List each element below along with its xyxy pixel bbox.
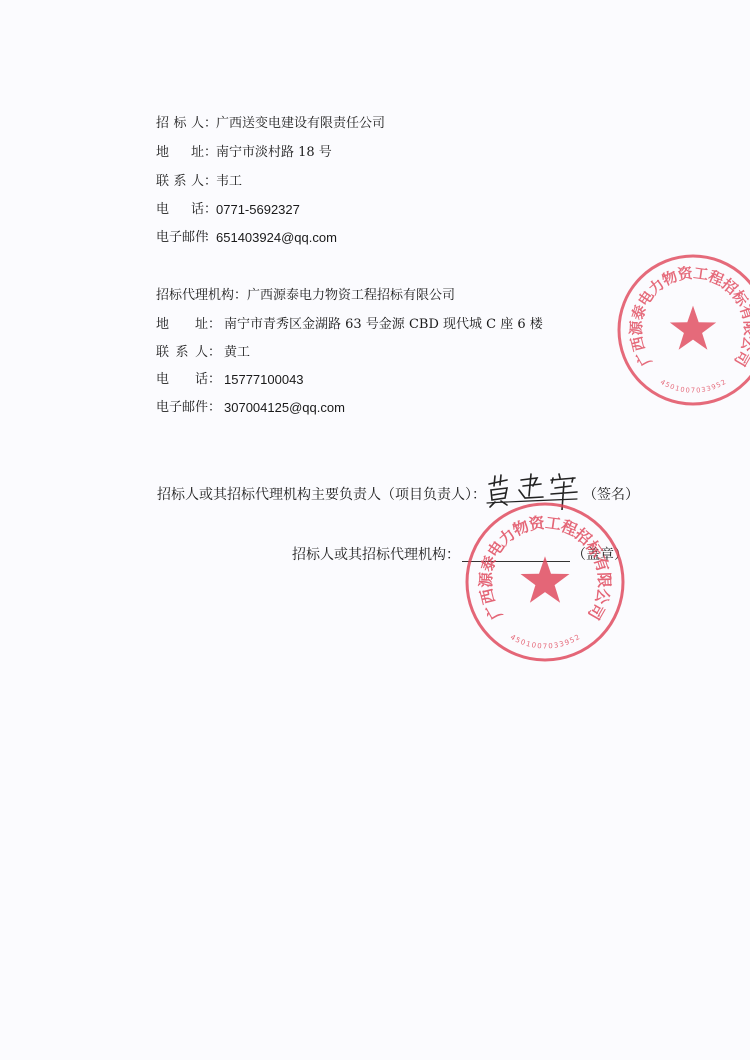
svg-text:公: 公 <box>737 334 750 353</box>
principal-label: 招标人或其招标代理机构主要负责人（项目负责人）： <box>157 487 486 503</box>
label-char: 址 <box>195 316 208 334</box>
label-char: 系 <box>173 173 186 191</box>
tenderer-phone: 0771-5692327 <box>216 201 300 219</box>
svg-text:工: 工 <box>692 265 709 284</box>
document-page: 招 标 人 ： 广西送变电建设有限责任公司 地 址 ： 南宁市淡村路 18 号 … <box>0 0 750 1060</box>
colon: ： <box>204 229 216 247</box>
svg-text:4: 4 <box>509 632 518 642</box>
svg-text:0: 0 <box>669 383 676 392</box>
svg-text:2: 2 <box>719 378 727 387</box>
svg-text:程: 程 <box>558 516 580 540</box>
svg-text:程: 程 <box>706 267 727 290</box>
agency-address-row: 地 址 ： 南宁市青秀区金湖路 63 号金源 CBD 现代城 C 座 6 楼 <box>156 316 543 334</box>
agency-contact: 黄工 <box>224 344 250 362</box>
label-char: 电子邮件 <box>156 399 208 417</box>
svg-text:限: 限 <box>740 320 750 336</box>
svg-text:广: 广 <box>632 347 655 369</box>
svg-text:5: 5 <box>568 635 576 645</box>
svg-text:广: 广 <box>481 600 505 623</box>
field-label: 电子邮件 <box>156 229 204 247</box>
svg-text:0: 0 <box>685 386 690 394</box>
tenderer-email: 651403924@qq.com <box>216 229 337 247</box>
label-char: 人 <box>191 115 204 133</box>
svg-text:0: 0 <box>519 637 526 647</box>
agency-contact-row: 联 系 人 ： 黄工 <box>156 344 250 362</box>
label-char: 地 <box>156 316 169 334</box>
colon: ： <box>208 371 224 389</box>
label-char: 地 <box>156 144 169 162</box>
svg-text:9: 9 <box>563 637 570 647</box>
label-char: 电 <box>156 201 169 219</box>
svg-text:2: 2 <box>573 632 581 642</box>
colon: ： <box>208 344 224 362</box>
colon: ： <box>204 173 216 191</box>
label-char: 电 <box>156 371 169 389</box>
agency-label: 招标代理机构： <box>156 287 247 305</box>
svg-text:司: 司 <box>584 600 608 623</box>
colon: ： <box>204 144 216 162</box>
svg-text:限: 限 <box>594 572 614 589</box>
company-seal: 广西源泰电力物资工程招标有限公司4501007033952 <box>463 500 627 664</box>
svg-text:3: 3 <box>706 384 712 393</box>
svg-text:泰: 泰 <box>628 302 650 322</box>
sign-suffix: （签名） <box>583 484 639 504</box>
tenderer-contact: 韦工 <box>216 173 242 191</box>
svg-text:源: 源 <box>476 571 496 588</box>
field-label: 招 标 人 <box>156 115 204 133</box>
svg-text:3: 3 <box>553 640 559 650</box>
svg-text:物: 物 <box>510 516 532 540</box>
label-char: 联 <box>156 344 169 362</box>
svg-text:3: 3 <box>701 385 707 394</box>
label-char: 话 <box>195 371 208 389</box>
stamp-suffix: （盖章） <box>572 544 628 564</box>
svg-text:公: 公 <box>591 586 613 606</box>
label-char: 电子邮件 <box>156 229 208 247</box>
label-char: 话 <box>191 201 204 219</box>
label-char: 址 <box>191 144 204 162</box>
tenderer-address: 南宁市淡村路 18 号 <box>216 144 332 162</box>
tenderer-name-row: 招 标 人 ： 广西送变电建设有限责任公司 <box>156 115 385 133</box>
svg-text:力: 力 <box>646 276 668 299</box>
tenderer-phone-row: 电 话 ： 0771-5692327 <box>156 201 300 219</box>
svg-text:司: 司 <box>731 347 750 369</box>
svg-text:0: 0 <box>531 640 537 650</box>
label-char: 人 <box>195 344 208 362</box>
colon: ： <box>208 316 224 334</box>
colon: ： <box>204 201 216 219</box>
svg-text:4: 4 <box>659 378 667 387</box>
agency-email-row: 电子邮件 ： 307004125@qq.com <box>156 399 345 417</box>
svg-text:7: 7 <box>691 387 695 395</box>
handwritten-signature <box>485 470 585 510</box>
field-label: 电子邮件 <box>156 399 208 417</box>
svg-text:1: 1 <box>525 639 532 649</box>
svg-text:西: 西 <box>476 586 498 606</box>
svg-text:电: 电 <box>634 287 657 310</box>
sign-suffix-text: （签名） <box>583 487 639 503</box>
stamp-blank-line <box>462 561 570 562</box>
svg-text:5: 5 <box>514 635 522 645</box>
agency-name-row: 招标代理机构： 广西源泰电力物资工程招标有限公司 <box>156 287 455 305</box>
svg-text:电: 电 <box>484 537 509 561</box>
tenderer-name: 广西送变电建设有限责任公司 <box>216 115 385 133</box>
svg-text:1: 1 <box>674 384 680 393</box>
svg-text:工: 工 <box>544 513 562 534</box>
org-stamp-line: 招标人或其招标代理机构： <box>292 544 460 564</box>
svg-text:有: 有 <box>736 303 750 323</box>
agency-phone-row: 电 话 ： 15777100043 <box>156 371 304 389</box>
tenderer-email-row: 电子邮件 ： 651403924@qq.com <box>156 229 337 247</box>
svg-text:5: 5 <box>664 380 671 389</box>
field-label: 联 系 人 <box>156 344 208 362</box>
svg-text:物: 物 <box>659 267 680 290</box>
field-label: 电 话 <box>156 371 208 389</box>
field-label: 电 话 <box>156 201 204 219</box>
svg-text:招: 招 <box>718 275 741 298</box>
agency-name: 广西源泰电力物资工程招标有限公司 <box>247 287 455 305</box>
label-char: 人 <box>191 173 204 191</box>
svg-text:标: 标 <box>728 287 750 311</box>
label-char: 系 <box>175 344 188 362</box>
svg-text:资: 资 <box>677 264 695 284</box>
org-label: 招标人或其招标代理机构： <box>292 547 460 563</box>
svg-text:泰: 泰 <box>477 553 500 574</box>
svg-text:西: 西 <box>628 334 648 353</box>
svg-text:3: 3 <box>558 639 565 649</box>
svg-text:0: 0 <box>696 386 701 394</box>
svg-text:资: 资 <box>528 513 546 534</box>
agency-email: 307004125@qq.com <box>224 399 345 417</box>
svg-text:5: 5 <box>715 380 722 389</box>
colon: ： <box>204 115 216 133</box>
svg-text:7: 7 <box>543 641 547 650</box>
svg-text:0: 0 <box>548 641 553 650</box>
field-label: 地 址 <box>156 316 208 334</box>
colon: ： <box>208 399 224 417</box>
svg-text:9: 9 <box>710 383 717 392</box>
label-char: 招 <box>156 115 169 133</box>
label-char: 标 <box>173 115 186 133</box>
stamp-suffix-text: （盖章） <box>572 547 628 563</box>
tenderer-address-row: 地 址 ： 南宁市淡村路 18 号 <box>156 144 332 162</box>
field-label: 联 系 人 <box>156 173 204 191</box>
svg-text:0: 0 <box>537 641 542 650</box>
agency-address: 南宁市青秀区金湖路 63 号金源 CBD 现代城 C 座 6 楼 <box>224 316 543 334</box>
label-char: 联 <box>156 173 169 191</box>
svg-text:0: 0 <box>680 385 686 394</box>
svg-text:源: 源 <box>628 319 646 336</box>
agency-phone: 15777100043 <box>224 371 304 389</box>
tenderer-contact-row: 联 系 人 ： 韦工 <box>156 173 242 191</box>
principal-signature-line: 招标人或其招标代理机构主要负责人（项目负责人）： <box>157 484 486 504</box>
svg-text:力: 力 <box>495 524 519 549</box>
edge-seal-partial: 广西源泰电力物资工程招标有限公司4501007033952 <box>615 252 750 408</box>
field-label: 地 址 <box>156 144 204 162</box>
